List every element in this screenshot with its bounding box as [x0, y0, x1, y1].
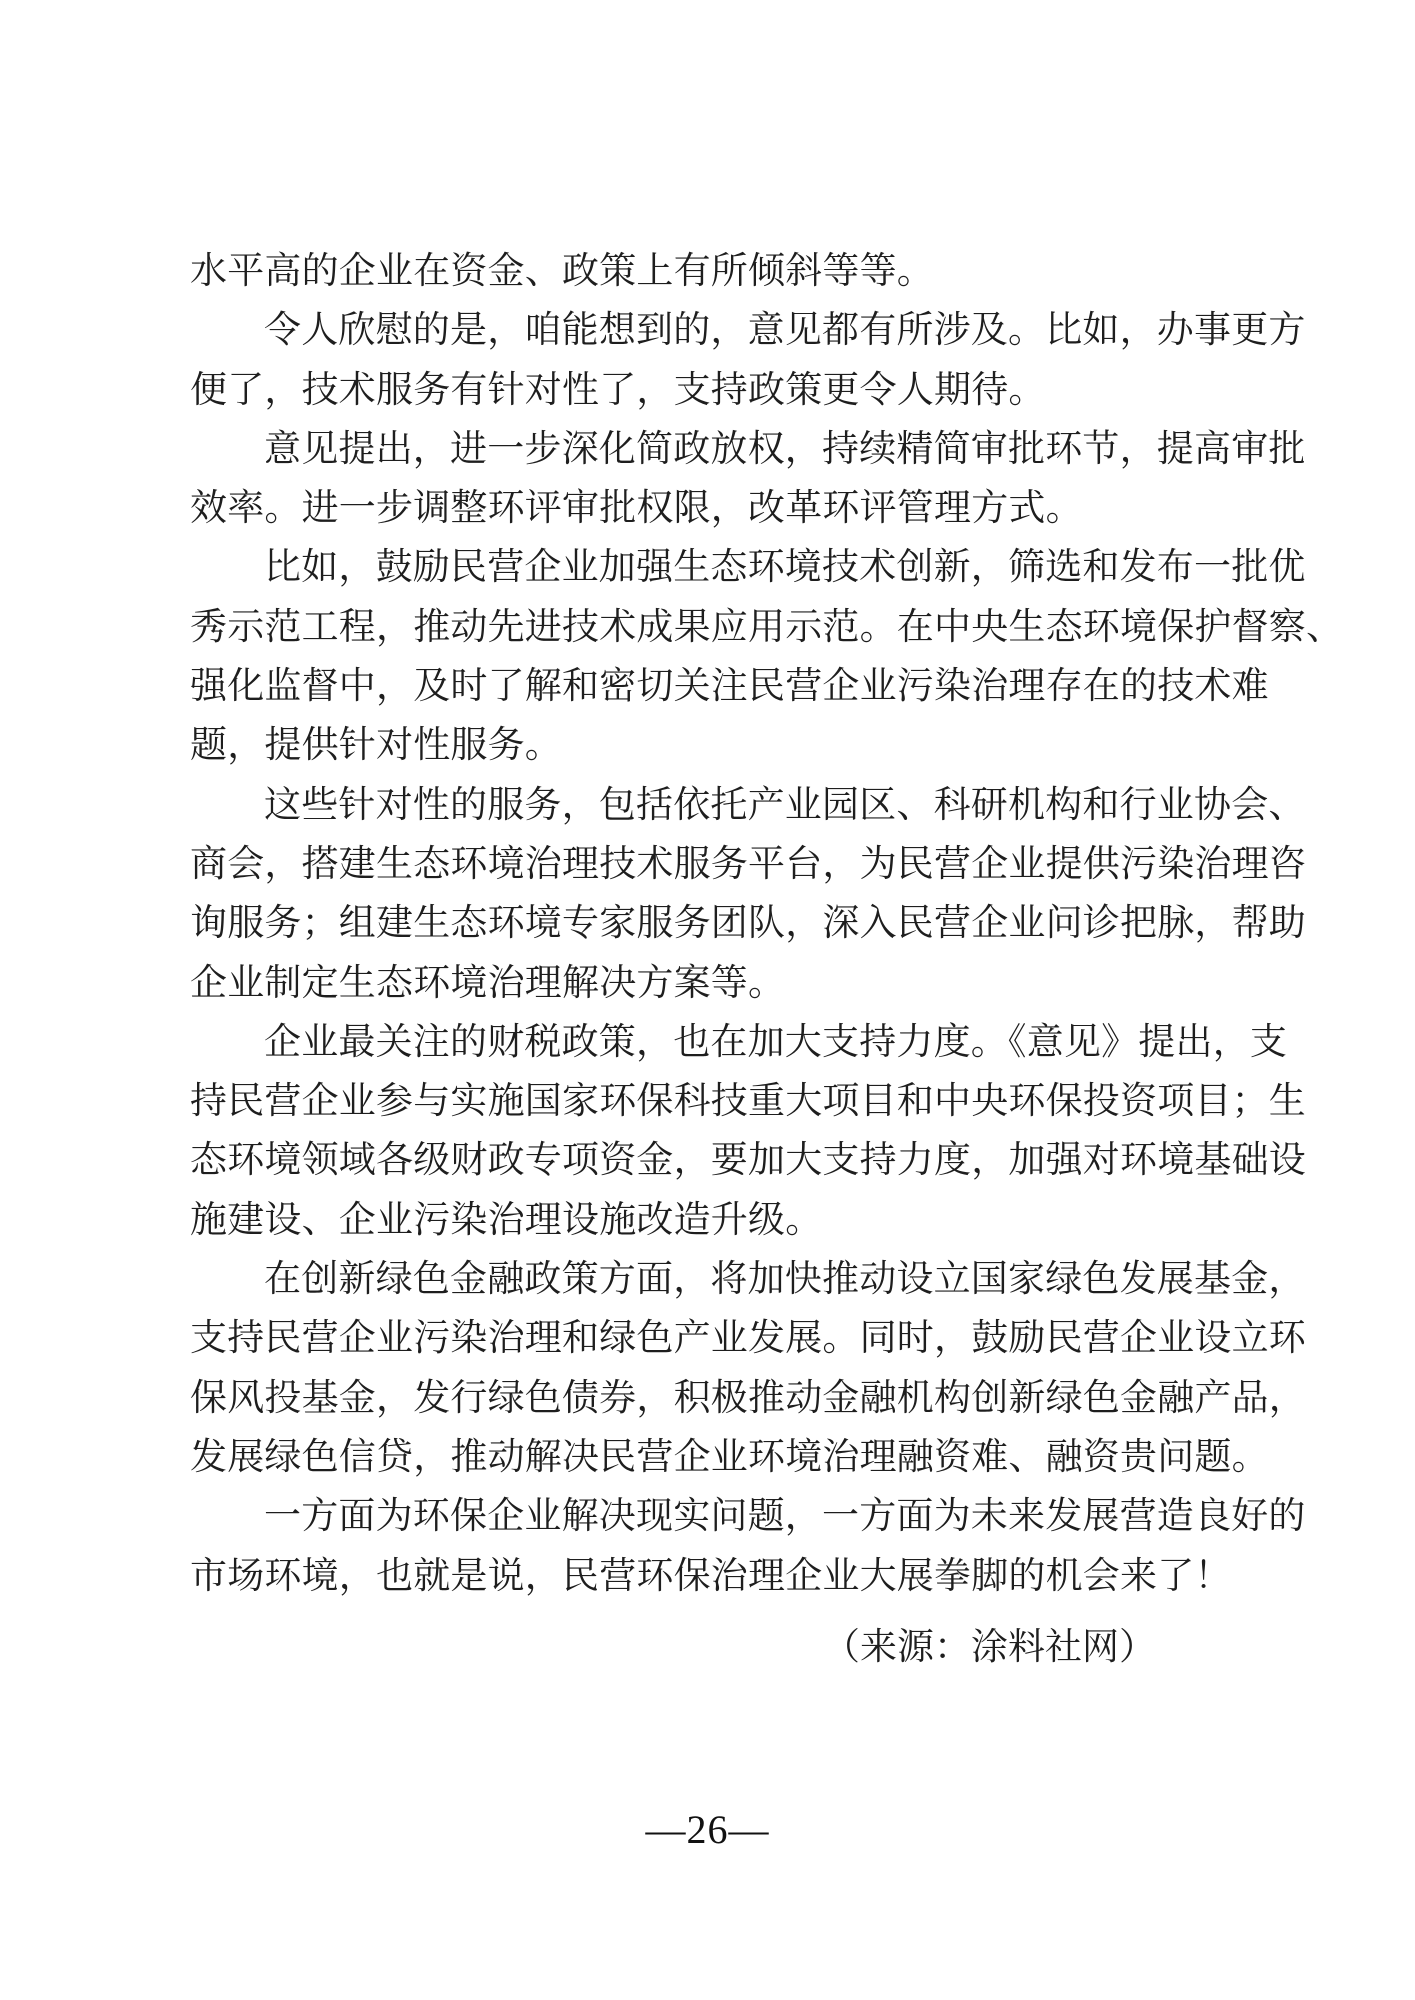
text-line: 一方面为环保企业解决现实问题，一方面为未来发展营造良好的: [190, 1487, 1226, 1546]
text-line: 询服务；组建生态环境专家服务团队，深入民营企业问诊把脉，帮助: [190, 894, 1226, 953]
text-line: 水平高的企业在资金、政策上有所倾斜等等。: [190, 242, 1226, 301]
text-line: 施建设、企业污染治理设施改造升级。: [190, 1191, 1226, 1250]
document-page: 水平高的企业在资金、政策上有所倾斜等等。令人欣慰的是，咱能想到的，意见都有所涉及…: [0, 0, 1415, 2000]
text-line: 在创新绿色金融政策方面，将加快推动设立国家绿色发展基金，: [190, 1250, 1226, 1309]
paragraph: 这些针对性的服务，包括依托产业园区、科研机构和行业协会、商会，搭建生态环境治理技…: [190, 776, 1226, 1013]
paragraph: 在创新绿色金融政策方面，将加快推动设立国家绿色发展基金，支持民营企业污染治理和绿…: [190, 1250, 1226, 1487]
text-line: 令人欣慰的是，咱能想到的，意见都有所涉及。比如，办事更方: [190, 301, 1226, 360]
text-line: 意见提出，进一步深化简政放权，持续精简审批环节，提高审批: [190, 420, 1226, 479]
text-line: 这些针对性的服务，包括依托产业园区、科研机构和行业协会、: [190, 776, 1226, 835]
text-line: 题，提供针对性服务。: [190, 716, 1226, 775]
text-line: 比如，鼓励民营企业加强生态环境技术创新，筛选和发布一批优: [190, 538, 1226, 597]
paragraph: 比如，鼓励民营企业加强生态环境技术创新，筛选和发布一批优秀示范工程，推动先进技术…: [190, 538, 1226, 775]
text-line: 发展绿色信贷，推动解决民营企业环境治理融资难、融资贵问题。: [190, 1428, 1226, 1487]
page-number: —26—: [646, 1807, 770, 1852]
text-line: 企业制定生态环境治理解决方案等。: [190, 954, 1226, 1013]
source-attribution-row: （来源：涂料社网）: [190, 1618, 1226, 1677]
text-line: 强化监督中，及时了解和密切关注民营企业污染治理存在的技术难: [190, 657, 1226, 716]
text-line: 态环境领域各级财政专项资金，要加大支持力度，加强对环境基础设: [190, 1131, 1226, 1190]
text-line: 市场环境，也就是说，民营环保治理企业大展拳脚的机会来了！: [190, 1547, 1226, 1606]
paragraph: 企业最关注的财税政策，也在加大支持力度。《意见》提出，支持民营企业参与实施国家环…: [190, 1013, 1226, 1250]
text-line: 商会，搭建生态环境治理技术服务平台，为民营企业提供污染治理咨: [190, 835, 1226, 894]
page-footer: —26—: [0, 1806, 1415, 1854]
source-attribution: （来源：涂料社网）: [190, 1618, 1226, 1677]
text-line: 便了，技术服务有针对性了，支持政策更令人期待。: [190, 361, 1226, 420]
paragraph: 令人欣慰的是，咱能想到的，意见都有所涉及。比如，办事更方便了，技术服务有针对性了…: [190, 301, 1226, 420]
document-body: 水平高的企业在资金、政策上有所倾斜等等。令人欣慰的是，咱能想到的，意见都有所涉及…: [190, 242, 1226, 1606]
text-line: 秀示范工程，推动先进技术成果应用示范。在中央生态环境保护督察、: [190, 598, 1226, 657]
text-line: 效率。进一步调整环评审批权限，改革环评管理方式。: [190, 479, 1226, 538]
paragraph: 水平高的企业在资金、政策上有所倾斜等等。: [190, 242, 1226, 301]
text-line: 保风投基金，发行绿色债券，积极推动金融机构创新绿色金融产品，: [190, 1369, 1226, 1428]
paragraph: 意见提出，进一步深化简政放权，持续精简审批环节，提高审批效率。进一步调整环评审批…: [190, 420, 1226, 539]
paragraph: 一方面为环保企业解决现实问题，一方面为未来发展营造良好的市场环境，也就是说，民营…: [190, 1487, 1226, 1606]
text-line: 持民营企业参与实施国家环保科技重大项目和中央环保投资项目；生: [190, 1072, 1226, 1131]
text-line: 企业最关注的财税政策，也在加大支持力度。《意见》提出，支: [190, 1013, 1226, 1072]
text-line: 支持民营企业污染治理和绿色产业发展。同时，鼓励民营企业设立环: [190, 1309, 1226, 1368]
